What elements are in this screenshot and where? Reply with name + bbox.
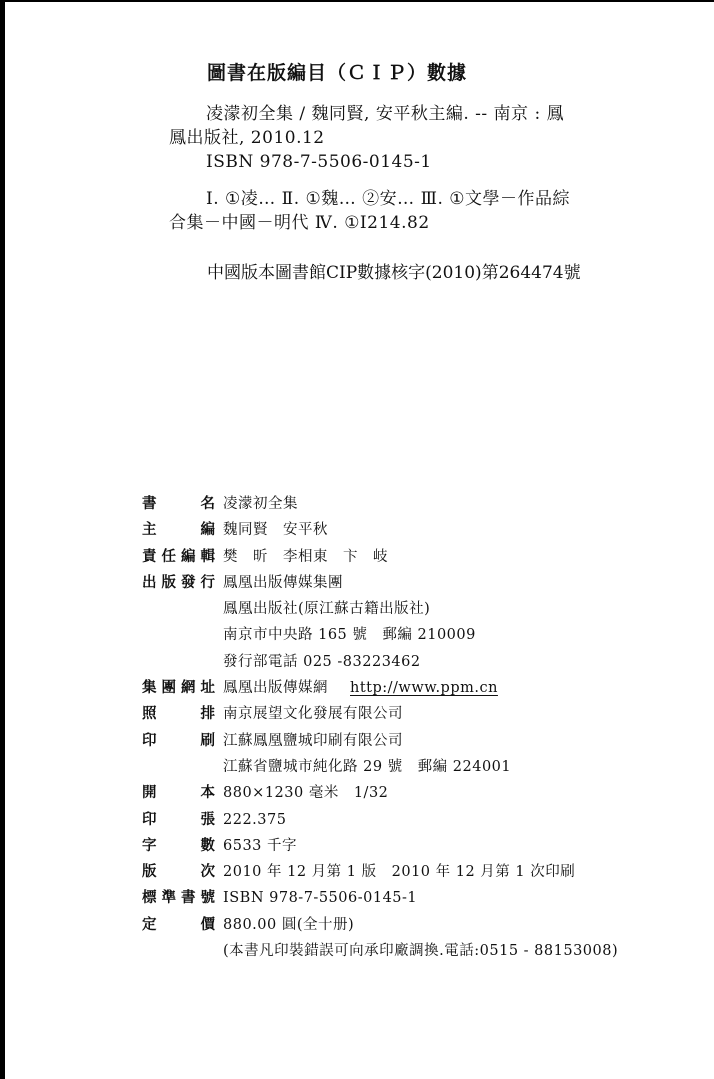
info-row: (本書凡印裝錯誤可向承印廠調換.電話:0515 - 88153008) bbox=[142, 939, 618, 965]
info-row: 鳳凰出版社(原江蘇古籍出版社) bbox=[142, 597, 618, 623]
info-row: 印刷江蘇鳳凰鹽城印刷有限公司 bbox=[142, 729, 618, 755]
info-row: 江蘇省鹽城市純化路 29 號 郵編 224001 bbox=[142, 755, 618, 781]
info-row: 出版發行鳳凰出版傳媒集團 bbox=[142, 571, 618, 597]
info-row: 書名凌濛初全集 bbox=[142, 492, 618, 518]
info-row: 照排南京展望文化發展有限公司 bbox=[142, 702, 618, 728]
cip-classification-line-1: Ⅰ. ①凌… Ⅱ. ①魏… ②安… Ⅲ. ①文學－作品綜 bbox=[206, 189, 570, 209]
info-label: 出版發行 bbox=[142, 571, 215, 592]
info-value: 2010 年 12 月第 1 版 2010 年 12 月第 1 次印刷 bbox=[223, 860, 575, 881]
info-row: 標準書號ISBN 978-7-5506-0145-1 bbox=[142, 886, 618, 912]
info-row: 發行部電話 025 -83223462 bbox=[142, 650, 618, 676]
info-value: 6533 千字 bbox=[223, 834, 297, 855]
info-label: 主編 bbox=[142, 518, 215, 539]
cip-record-line-2: 鳳出版社, 2010.12 bbox=[169, 126, 649, 150]
info-label: 標準書號 bbox=[142, 886, 215, 907]
info-row: 集團網址鳳凰出版傳媒網http://www.ppm.cn bbox=[142, 676, 618, 702]
cip-data-number: 中國版本圖書館CIP數據核字(2010)第264474號 bbox=[207, 258, 581, 283]
info-value: 南京市中央路 165 號 郵編 210009 bbox=[223, 623, 476, 644]
info-value: 江蘇鳳凰鹽城印刷有限公司 bbox=[223, 729, 403, 750]
info-label: 字數 bbox=[142, 834, 215, 855]
info-label: 書名 bbox=[142, 492, 215, 513]
info-value: 南京展望文化發展有限公司 bbox=[223, 702, 403, 723]
info-label: 印張 bbox=[142, 808, 215, 829]
info-value: 鳳凰出版社(原江蘇古籍出版社) bbox=[223, 597, 430, 618]
cip-record: 凌濛初全集 / 魏同賢, 安平秋主編. -- 南京 : 鳳 鳳出版社, 2010… bbox=[169, 102, 649, 174]
info-value: 凌濛初全集 bbox=[223, 492, 298, 513]
cip-classification: Ⅰ. ①凌… Ⅱ. ①魏… ②安… Ⅲ. ①文學－作品綜 合集－中國－明代 Ⅳ.… bbox=[169, 187, 649, 235]
info-row: 字數6533 千字 bbox=[142, 834, 618, 860]
cip-heading: 圖書在版編目（ＣＩＰ）數據 bbox=[207, 58, 467, 85]
info-row: 版次2010 年 12 月第 1 版 2010 年 12 月第 1 次印刷 bbox=[142, 860, 618, 886]
info-value: 鳳凰出版傳媒集團 bbox=[223, 571, 343, 592]
info-value: 880.00 圓(全十册) bbox=[223, 913, 354, 934]
info-value: 樊 昕 李相東 卞 岐 bbox=[223, 545, 388, 566]
info-label: 印刷 bbox=[142, 729, 215, 750]
cip-classification-line-2: 合集－中國－明代 Ⅳ. ①I214.82 bbox=[169, 211, 649, 235]
info-row: 定價880.00 圓(全十册) bbox=[142, 913, 618, 939]
info-value: ISBN 978-7-5506-0145-1 bbox=[223, 890, 417, 906]
info-row: 南京市中央路 165 號 郵編 210009 bbox=[142, 623, 618, 649]
info-label: 照排 bbox=[142, 702, 215, 723]
website-link[interactable]: http://www.ppm.cn bbox=[350, 680, 498, 696]
info-value: 魏同賢 安平秋 bbox=[223, 518, 328, 539]
publication-info-table: 書名凌濛初全集主編魏同賢 安平秋責任編輯樊 昕 李相東 卞 岐出版發行鳳凰出版傳… bbox=[142, 492, 618, 965]
info-value: 發行部電話 025 -83223462 bbox=[223, 650, 421, 671]
info-row: 開本880×1230 毫米 1/32 bbox=[142, 781, 618, 807]
info-label: 定價 bbox=[142, 913, 215, 934]
info-label: 責任編輯 bbox=[142, 545, 215, 566]
info-row: 主編魏同賢 安平秋 bbox=[142, 518, 618, 544]
info-value: 222.375 bbox=[223, 812, 286, 828]
info-value: 江蘇省鹽城市純化路 29 號 郵編 224001 bbox=[223, 755, 511, 776]
info-label: 集團網址 bbox=[142, 676, 215, 697]
info-label: 版次 bbox=[142, 860, 215, 881]
cip-isbn: ISBN 978-7-5506-0145-1 bbox=[206, 152, 432, 172]
copyright-page: 圖書在版編目（ＣＩＰ）數據 凌濛初全集 / 魏同賢, 安平秋主編. -- 南京 … bbox=[0, 0, 714, 1079]
cip-record-line-1: 凌濛初全集 / 魏同賢, 安平秋主編. -- 南京 : 鳳 bbox=[206, 104, 564, 124]
info-value: 880×1230 毫米 1/32 bbox=[223, 781, 388, 802]
info-row: 印張222.375 bbox=[142, 808, 618, 834]
info-value: 鳳凰出版傳媒網http://www.ppm.cn bbox=[223, 676, 498, 697]
info-label: 開本 bbox=[142, 781, 215, 802]
info-value: (本書凡印裝錯誤可向承印廠調換.電話:0515 - 88153008) bbox=[223, 939, 618, 960]
info-row: 責任編輯樊 昕 李相東 卞 岐 bbox=[142, 545, 618, 571]
